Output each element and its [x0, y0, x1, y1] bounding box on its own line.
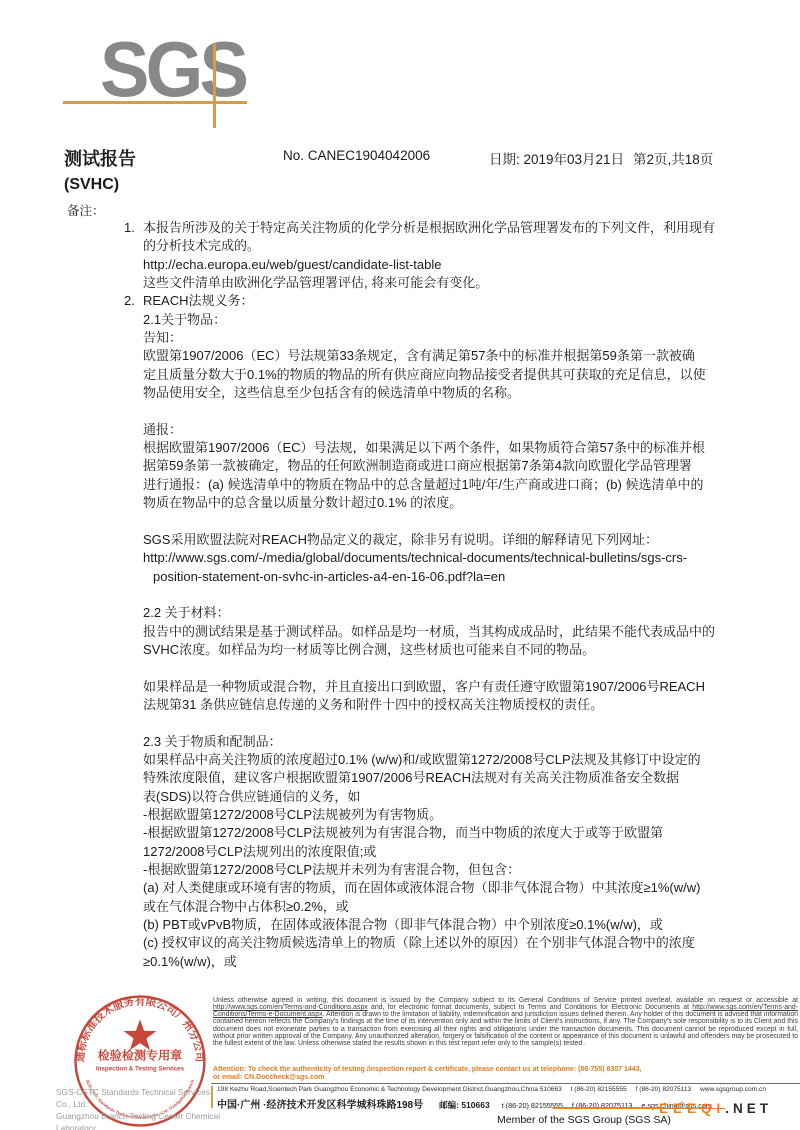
attention-line1: Attention: To check the authenticity of … — [213, 1066, 798, 1074]
postal-code: 邮编: 510663 — [439, 1100, 490, 1110]
disclaimer-text-1: Unless otherwise agreed in writing, this… — [213, 997, 798, 1004]
body-line: (c) 授权审议的高关注物质候选清单上的物质（除上述以外的原因）在个别非气体混合… — [143, 934, 763, 952]
attention-line2: or email: CN.Doccheck@sgs.com — [213, 1074, 798, 1082]
lab-name-line1: SGS-CSTC Standards Technical Services Co… — [56, 1086, 221, 1110]
body-line: -根据欧盟第1272/2008号CLP法规被列为有害物质。 — [143, 806, 763, 824]
page-indicator: 第2页,共18页 — [633, 148, 713, 168]
notes-label: 备注： — [67, 201, 105, 219]
body-line: 如果样品中高关注物质的浓度超过0.1% (w/w)和/或欧盟第1272/2008… — [143, 751, 763, 769]
lab-name: SGS-CSTC Standards Technical Services Co… — [56, 1086, 221, 1130]
body-line — [143, 513, 763, 531]
body-line: 欧盟第1907/2006（EC）号法规第33条规定，含有满足第57条中的标准并根… — [143, 347, 763, 365]
address-divider — [211, 1086, 213, 1108]
body-line: 2.3 关于物质和配制品： — [143, 733, 763, 751]
stamp-center-cn: 检验检测专用章 — [98, 1047, 183, 1062]
logo-crosshair-horizontal — [63, 101, 247, 104]
body-line: ≥0.1%(w/w)，或 — [143, 953, 763, 971]
body-line: 2.2 关于材料： — [143, 604, 763, 622]
logo-crosshair-vertical — [213, 44, 216, 128]
body-line: SGS采用欧盟法院对REACH物品定义的裁定，除非另有说明。详细的解释请见下列网… — [143, 531, 763, 549]
body-line: (a) 对人类健康或环境有害的物质，而在固体或液体混合物（即非气体混合物）中其浓… — [143, 879, 763, 897]
website-link[interactable]: www.sgsgroup.com.cn — [700, 1086, 766, 1093]
lab-name-line2: Guangzhou Branch Testing Center Chemical… — [56, 1110, 221, 1130]
body-line: 进行通报：(a) 候选清单中的物质在物品中的总含量超过1吨/年/生产商或进口商；… — [143, 476, 763, 494]
body-line: 定且质量分数大于0.1%的物质的物品的所有供应商应向物品接受者提供其可获取的充足… — [143, 366, 763, 384]
address-en: 198 Kezhu Road,Scientech Park Guangzhou … — [217, 1086, 562, 1093]
terms-disclaimer: Unless otherwise agreed in writing, this… — [213, 997, 798, 1047]
body-line: 表(SDS)以符合供应链通信的义务，如 — [143, 788, 763, 806]
fax-en: f (86-20) 82075113 — [636, 1086, 692, 1093]
body-line: 物质在物品中的总含量以质量分数计超过0.1% 的浓度。 — [143, 494, 763, 512]
stamp-star-icon — [124, 1019, 157, 1050]
stamp-center-en: Inspection & Testing Services — [96, 1066, 185, 1073]
body-line: 2.REACH法规义务： — [143, 292, 763, 310]
body-line — [143, 586, 763, 604]
body-line — [143, 714, 763, 732]
report-number: No. CANEC1904042006 — [283, 148, 430, 163]
body-line: 的分析技术完成的。 — [143, 237, 763, 255]
page-subtitle: (SVHC) — [64, 176, 119, 194]
body-line: SVHC浓度。如样品为均一材质等比例合测，这些材质也可能来自不同的物品。 — [143, 641, 763, 659]
body-line: 特殊浓度限值，建议客户根据欧盟第1907/2006号REACH法规对有关高关注物… — [143, 769, 763, 787]
footer-divider — [211, 1083, 800, 1084]
body-line: 2.1关于物品： — [143, 311, 763, 329]
report-date: 日期: 2019年03月21日 — [489, 148, 624, 168]
sgs-logo: SGS — [100, 30, 245, 108]
notes-body: 1.本报告所涉及的关于特定高关注物质的化学分析是根据欧洲化学品管理署发布的下列文… — [143, 219, 763, 971]
disclaimer-text-2: and, for electronic format documents, su… — [368, 1004, 693, 1011]
body-line — [143, 659, 763, 677]
body-line: position-statement-on-svhc-in-articles-a… — [143, 568, 763, 586]
member-line: Member of the SGS Group (SGS SA) — [497, 1114, 671, 1126]
body-line: 1272/2008号CLP法规列出的浓度限值;或 — [143, 843, 763, 861]
address-cn: 中国·广州 ·经济技术开发区科学城科珠路198号 — [217, 1100, 423, 1111]
body-line: http://echa.europa.eu/web/guest/candidat… — [143, 256, 763, 274]
body-line: 1.本报告所涉及的关于特定高关注物质的化学分析是根据欧洲化学品管理署发布的下列文… — [143, 219, 763, 237]
attention-notice: Attention: To check the authenticity of … — [213, 1066, 798, 1082]
body-line: 报告中的测试结果是基于测试样品。如样品是均一材质，当其构成成品时，此结果不能代表… — [143, 623, 763, 641]
body-line: -根据欧盟第1272/2008号CLP法规并未列为有害混合物，但包含： — [143, 861, 763, 879]
body-line: 或在气体混合物中占体积≥0.2%，或 — [143, 898, 763, 916]
body-line: 根据欧盟第1907/2006（EC）号法规，如果满足以下两个条件，如果物质符合第… — [143, 439, 763, 457]
body-line: http://www.sgs.com/-/media/global/docume… — [143, 549, 763, 567]
body-line: 据第59条第一款被确定，物品的任何欧洲制造商或进口商应根据第7条第4款向欧盟化学… — [143, 457, 763, 475]
body-line: 物品使用安全，这些信息至少包括含有的候选清单中物质的名称。 — [143, 384, 763, 402]
body-line: 如果样品是一种物质或混合物，并且直接出口到欧盟，客户有责任遵守欧盟第1907/2… — [143, 678, 763, 696]
address-row-en: 198 Kezhu Road,Scientech Park Guangzhou … — [217, 1086, 800, 1093]
body-line: 法规第31 条供应链信息传递的义务和附件十四中的授权高关注物质授权的责任。 — [143, 696, 763, 714]
tel-en: t (86-20) 82155555 — [571, 1086, 627, 1093]
body-line: 告知： — [143, 329, 763, 347]
body-line: 通报： — [143, 421, 763, 439]
report-page: SGS 测试报告 (SVHC) No. CANEC1904042006 日期: … — [0, 0, 800, 1130]
watermark-line — [553, 1107, 659, 1109]
body-line: -根据欧盟第1272/2008号CLP法规被列为有害混合物，而当中物质的浓度大于… — [143, 824, 763, 842]
body-line: 这些文件清单由欧洲化学品管理署评估, 将来可能会有变化。 — [143, 274, 763, 292]
body-line — [143, 402, 763, 420]
list-number: 2. — [124, 292, 135, 310]
watermark-dark-text: .NET — [725, 1101, 772, 1116]
page-title: 测试报告 — [64, 145, 136, 171]
body-line: (b) PBT或vPvB物质，在固体或液体混合物（即非气体混合物）中个别浓度≥0… — [143, 916, 763, 934]
list-number: 1. — [124, 219, 135, 237]
terms-link[interactable]: http://www.sgs.com/en/Terms-and-Conditio… — [213, 1004, 368, 1011]
